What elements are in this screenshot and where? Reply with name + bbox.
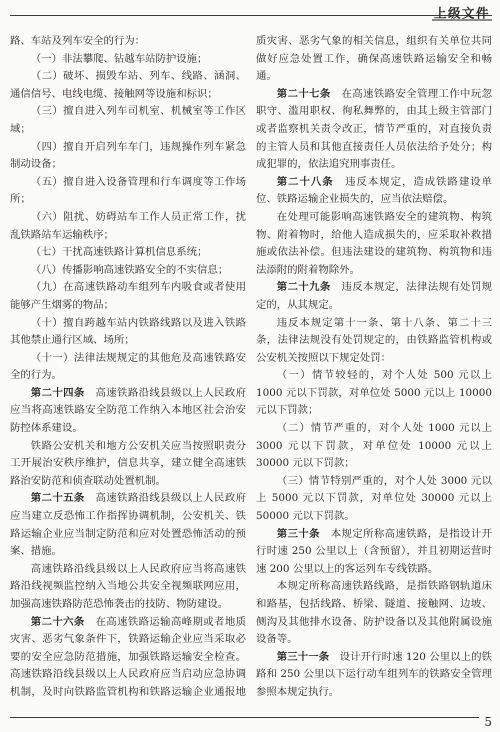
article-number: 第二十九条	[277, 281, 331, 293]
paragraph: （八）传播影响高速铁路安全的不实信息；	[10, 262, 246, 280]
paragraph: （一）非法攀爬、钻越车站防护设施；	[10, 51, 246, 69]
article-body: 路、车站及列车安全的行为：（一）非法攀爬、钻越车站防护设施；（二）破坏、损毁车站…	[10, 33, 492, 709]
article-number: 第二十七条	[277, 88, 331, 100]
paragraph: 第二十四条 高速铁路沿线县级以上人民政府应当将高速铁路安全防范工作纳入本地区社会…	[10, 385, 246, 438]
paragraph: （七）干扰高速铁路计算机信息系统；	[10, 244, 246, 262]
paragraph: （二）情节严重的，对个人处 1000 元以上 3000 元以下罚款，对单位处 1…	[256, 420, 492, 473]
paragraph: 第二十九条 违反本规定，法律法规有处罚规定的，从其规定。	[256, 279, 492, 314]
article-number: 第二十八条	[277, 176, 334, 188]
article-number: 第三十一条	[277, 651, 329, 663]
paragraph: 路、车站及列车安全的行为：	[10, 33, 246, 51]
paragraph: 第二十五条 高速铁路沿线县级以上人民政府应当建立反恐怖工作指挥协调机制，公安机关…	[10, 490, 246, 560]
paragraph: 高速铁路沿线县级以上人民政府应当将高速铁路沿线视频监控纳入当地公共安全视频联网应…	[10, 561, 246, 614]
paragraph: （五）擅自进入设备管理和行车调度等工作场所；	[10, 174, 246, 209]
paragraph: （六）阻扰、妨碍站车工作人员正常工作，扰乱铁路站车运输秩序；	[10, 209, 246, 244]
document-page: 上级文件 路、车站及列车安全的行为：（一）非法攀爬、钻越车站防护设施；（二）破坏…	[0, 0, 500, 732]
paragraph: （三）擅自进入列车司机室、机械室等工作区域；	[10, 103, 246, 138]
paragraph: （三）情节特别严重的，对个人处 3000 元以上 5000 元以下罚款，对单位处…	[256, 473, 492, 526]
paragraph: （九）在高速铁路动车组列车内吸食或者使用能够产生烟雾的物品；	[10, 279, 246, 314]
article-number: 第二十五条	[31, 492, 85, 504]
paragraph: 第三十一条 设计开行时速 120 公里以上的铁路和 250 公里以下运行动车组列…	[256, 649, 492, 702]
footer-rule	[10, 717, 479, 718]
paragraph: 违反本规定第十一条、第十八条、第二十三条，法律法规没有处罚规定的，由铁路监管机构…	[256, 315, 492, 368]
paragraph: 第三十条 本规定所称高速铁路，是指设计开行时速 250 公里以上（含预留），并且…	[256, 526, 492, 579]
paragraph: 在处理可能影响高速铁路安全的建筑物、构筑物、附着物时，给他人造成损失的，应采取补…	[256, 209, 492, 279]
paragraph: 第二十八条 违反本规定，造成铁路建设单位、铁路运输企业损失的，应当依法赔偿。	[256, 174, 492, 209]
page-header: 上级文件	[10, 0, 492, 16]
article-number: 第二十六条	[31, 616, 85, 628]
paragraph: 本规定所称高速铁路线路，是指铁路钢轨道床和路基，包括线路、桥梁、隧道、接触网、边…	[256, 578, 492, 648]
paragraph: 第二十七条 在高速铁路安全管理工作中玩忽职守、滥用职权、徇私舞弊的，由其上级主管…	[256, 86, 492, 174]
paragraph: （一）情节较轻的，对个人处 500 元以上 1000 元以下罚款，对单位处 50…	[256, 367, 492, 420]
header-title: 上级文件	[432, 7, 492, 21]
page-footer: 5	[10, 712, 492, 728]
paragraph: （二）破坏、损毁车站、列车、线路、涵洞、通信信号、电线电缆、接触网等设施和标识；	[10, 68, 246, 103]
article-number: 第二十四条	[31, 387, 85, 399]
paragraph: （十一）法律法规规定的其他危及高速铁路安全的行为。	[10, 350, 246, 385]
article-number: 第三十条	[277, 528, 320, 540]
page-number: 5	[479, 716, 492, 728]
paragraph: 铁路公安机关和地方公安机关应当按照职责分工开展治安秩序维护，信息共享，建立健全高…	[10, 438, 246, 491]
paragraph: （四）擅自开启列车车门，违规操作列车紧急制动设备；	[10, 139, 246, 174]
paragraph: （十）擅自跨越车站内铁路线路以及进入铁路其他禁止通行区域、场所；	[10, 315, 246, 350]
